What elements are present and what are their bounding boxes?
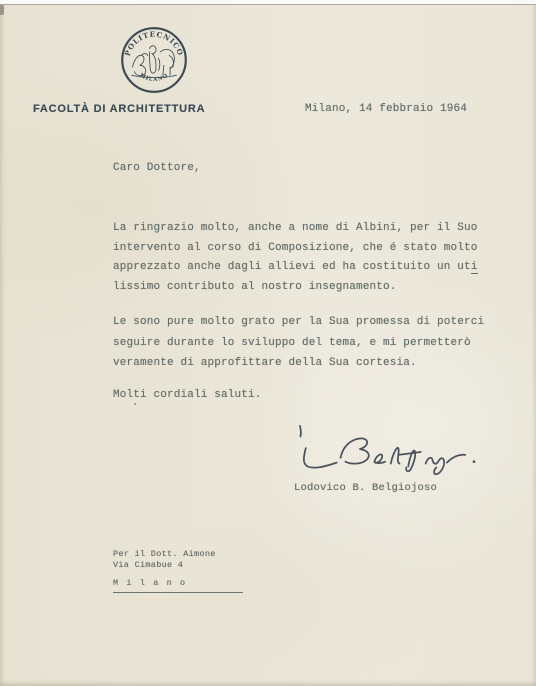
paragraph-1-line-3-text: apprezzato anche dagli allievi ed ha cos… xyxy=(113,261,471,273)
signature-tick xyxy=(300,426,301,437)
scan-edge-top xyxy=(0,0,536,5)
signature-period-dot xyxy=(473,460,476,463)
paragraph-1: La ringrazio molto, anche a nome di Albi… xyxy=(113,219,478,297)
signature-l-stroke xyxy=(391,448,400,464)
recipient-city-underlined: M i l a n o xyxy=(113,578,243,593)
faculty-name: FACOLTÀ DI ARCHITETTURA xyxy=(33,102,293,116)
paragraph-1-line-1: La ringrazio molto, anche a nome di Albi… xyxy=(113,219,478,239)
closing-salutation: Molti cordiali saluti. xyxy=(113,388,262,402)
stray-ink-dot xyxy=(134,403,136,405)
letter-page: POLITECNICO MILANO FACOLTÀ DI ARCHITETTU… xyxy=(0,0,536,686)
paragraph-1-line-4: lissimo contributo al nostro insegnament… xyxy=(113,278,478,298)
paragraph-2-line-2: seguire durante lo sviluppo del tema, e … xyxy=(113,333,484,354)
seal-relief-figures xyxy=(132,46,177,78)
signature-crossbar xyxy=(399,452,421,455)
paragraph-2: Le sono pure molto grato per la Sua prom… xyxy=(113,312,484,374)
signature-tail-stroke xyxy=(447,455,465,463)
paragraph-1-line-3: apprezzato anche dagli allievi ed ha cos… xyxy=(113,258,478,278)
hyphenation-continuation-mark: i xyxy=(471,261,478,274)
signature-B-stroke xyxy=(341,438,369,463)
signature-gn-stroke xyxy=(426,458,445,475)
signature-e-stroke xyxy=(374,454,385,463)
paragraph-2-line-3: veramente di approfittare della Sua cort… xyxy=(113,353,484,374)
signature-L-stroke xyxy=(304,448,337,468)
paragraph-1-line-2: intervento al corso di Composizione, che… xyxy=(113,239,478,259)
recipient-line-1: Per il Dott. Aimone xyxy=(113,549,216,560)
paragraph-2-line-1: Le sono pure molto grato per la Sua prom… xyxy=(113,312,484,333)
salutation: Caro Dottore, xyxy=(113,161,201,175)
recipient-block: Per il Dott. Aimone Via Cimabue 4 xyxy=(113,549,216,571)
recipient-line-2: Via Cimabue 4 xyxy=(113,560,216,571)
politecnico-seal-logo: POLITECNICO MILANO xyxy=(120,26,188,94)
scan-speck xyxy=(0,5,4,15)
handwritten-signature xyxy=(288,423,484,481)
signatory-typed-name: Lodovico B. Belgiojoso xyxy=(294,482,437,495)
dateline: Milano, 14 febbraio 1964 xyxy=(305,102,467,116)
